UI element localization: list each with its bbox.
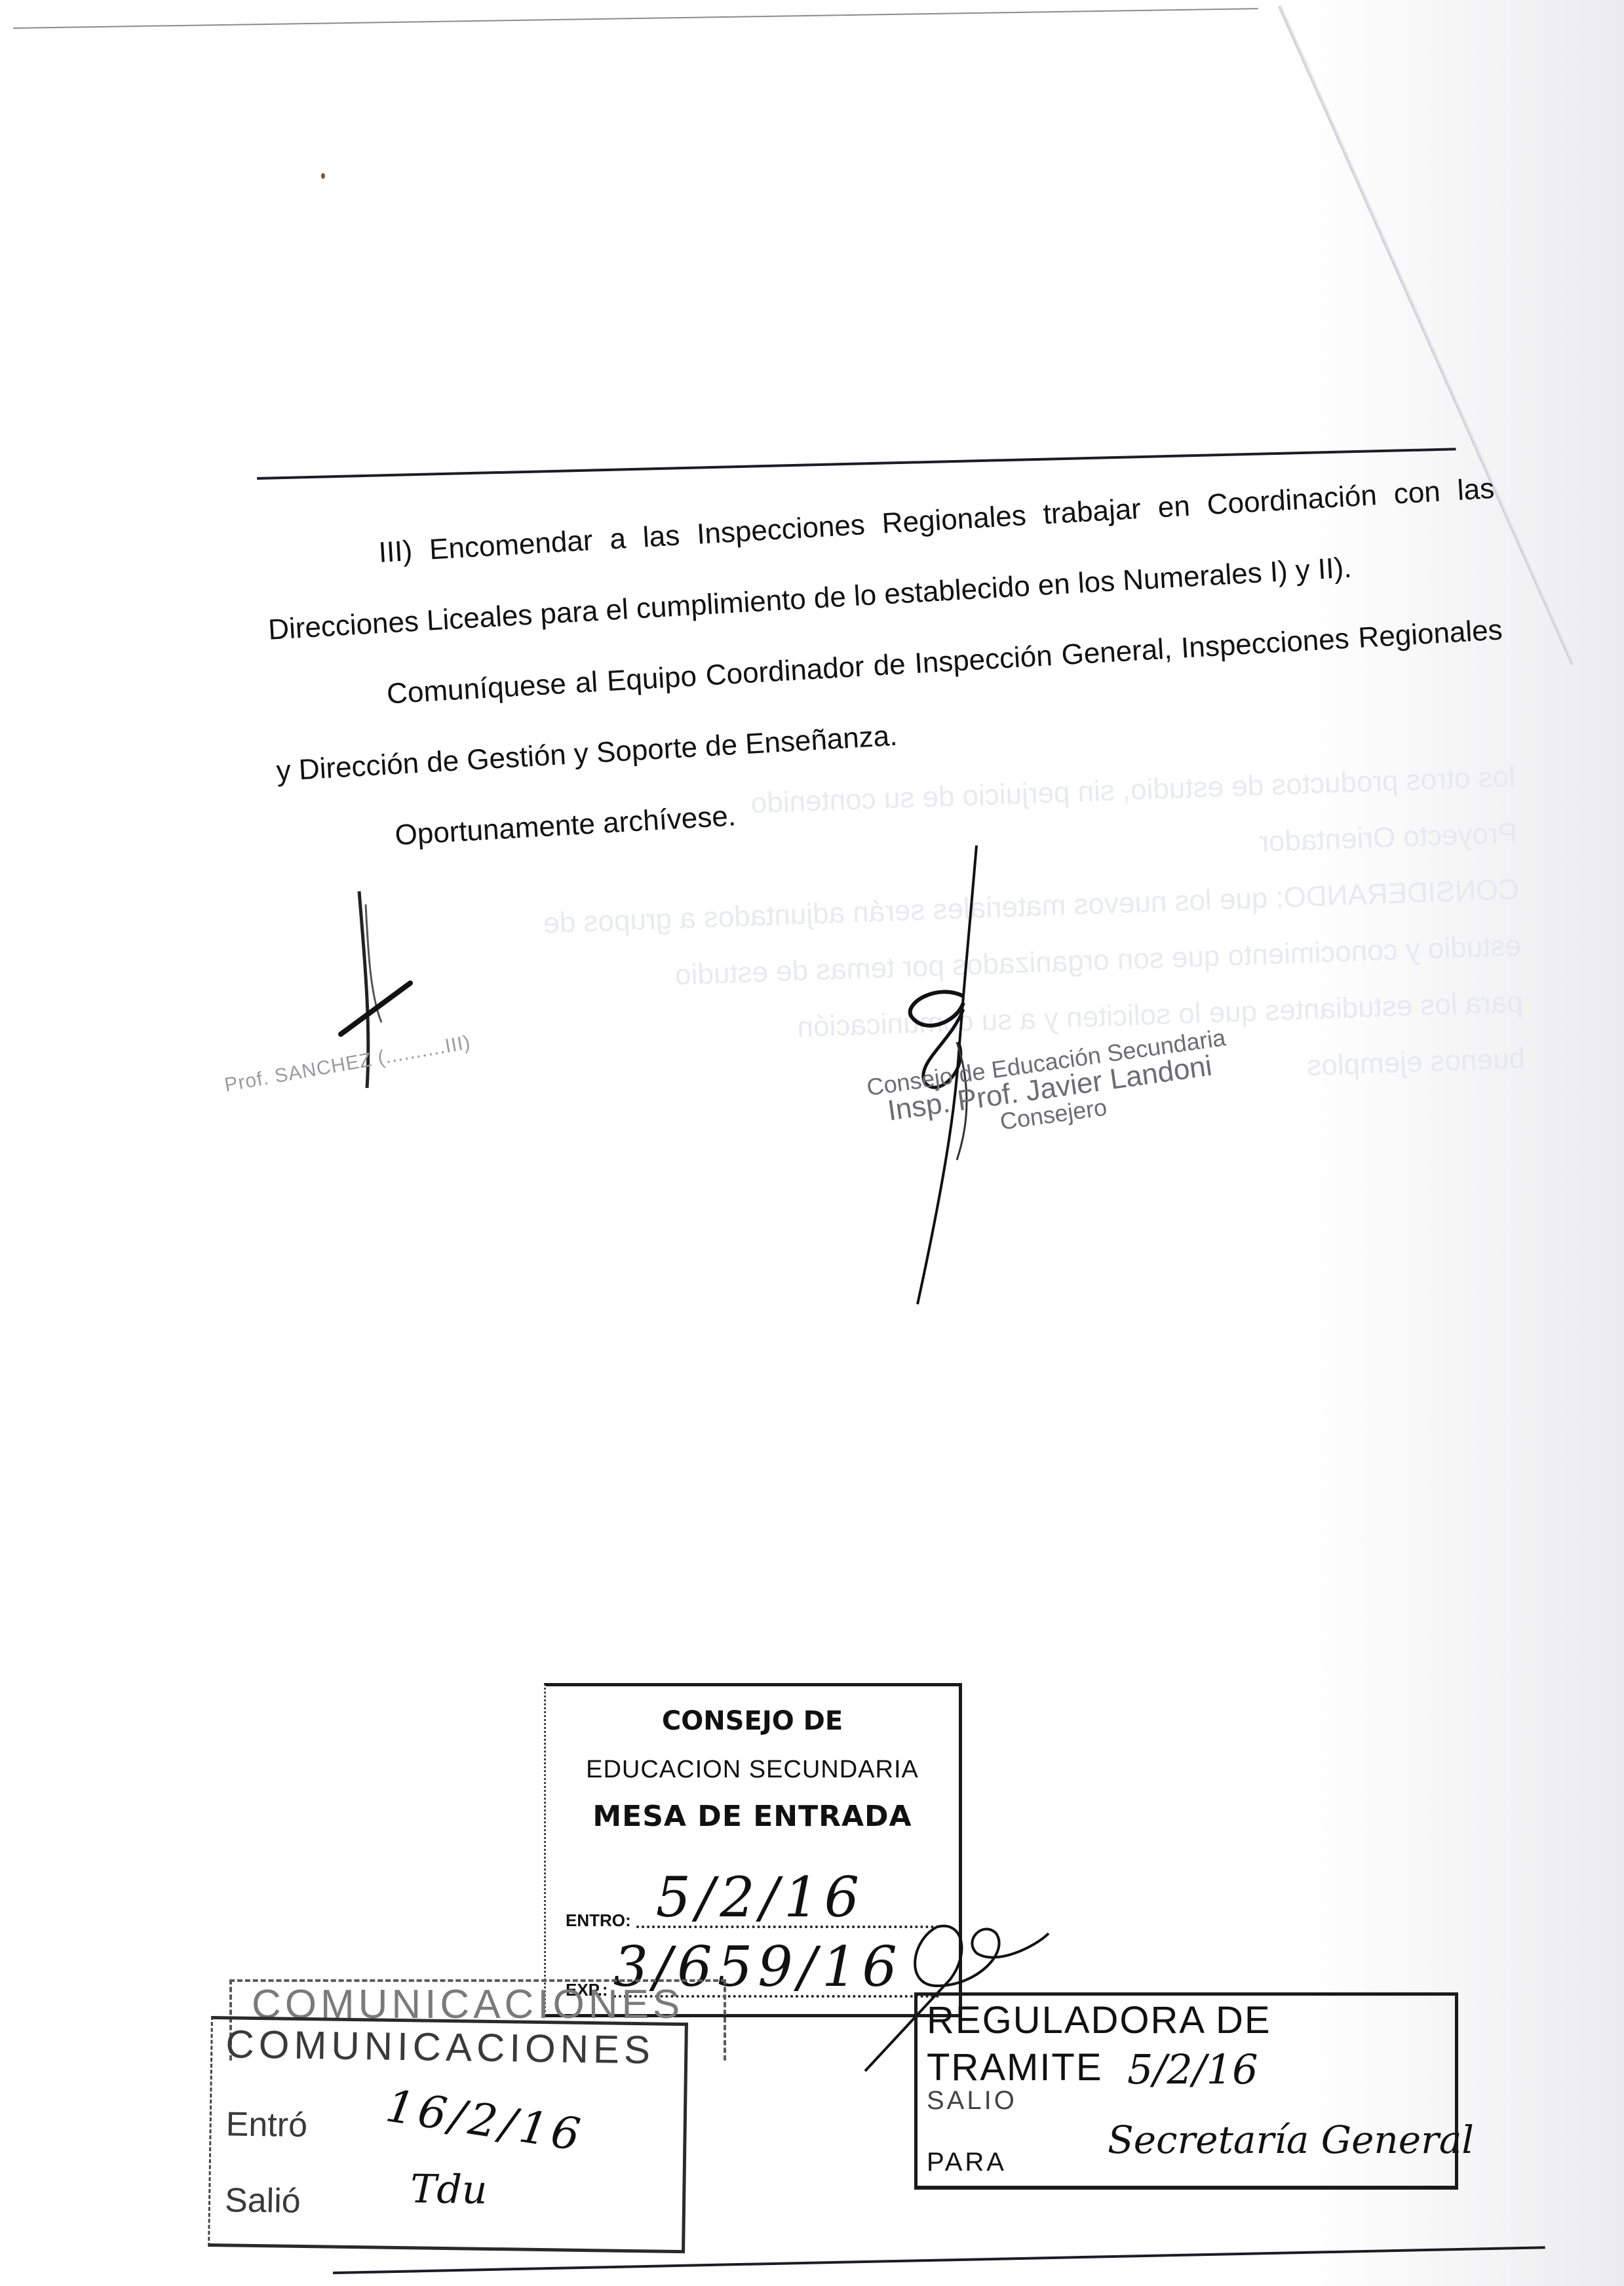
stamp-comunicaciones-header: COMUNICACIONES xyxy=(212,2019,685,2076)
stamp-mesa-line3: MESA DE ENTRADA xyxy=(546,1800,959,1833)
stamp-mesa-entro-label: ENTRO: xyxy=(566,1910,631,1931)
stamp-mesa-line1: CONSEJO DE xyxy=(546,1706,959,1736)
stamp-comunicaciones-salio-label: Salió xyxy=(225,2180,301,2221)
stamp-reguladora-salio-label: SALIO xyxy=(927,2086,1017,2116)
stamp-comunicaciones-salio-value: Tdu xyxy=(410,2166,488,2213)
stamp-comunicaciones-entro-value: 16/2/16 xyxy=(383,2080,588,2162)
stamp-mesa-entro-value: 5/2/16 xyxy=(656,1865,864,1929)
stamp-comunicaciones: COMUNICACIONES Entró 16/2/16 Salió Tdu xyxy=(208,2016,688,2253)
stamp-reguladora-de-tramite: REGULADORA DE TRAMITE SALIO 5/2/16 PARA … xyxy=(914,1992,1458,2190)
paper-speck xyxy=(321,173,325,179)
resolution-body: III) Encomendar a las Inspecciones Regio… xyxy=(262,454,1513,878)
stamp-mesa-line2: EDUCACION SECUNDARIA xyxy=(546,1756,959,1784)
stamp-reguladora-para-label: PARA xyxy=(927,2148,1007,2177)
stamp-reguladora-para-value: Secretaría General xyxy=(1108,2118,1474,2162)
stamp-reguladora-salio-value: 5/2/16 xyxy=(1127,2045,1258,2093)
stamp-comunicaciones-entro-label: Entró xyxy=(225,2104,307,2145)
